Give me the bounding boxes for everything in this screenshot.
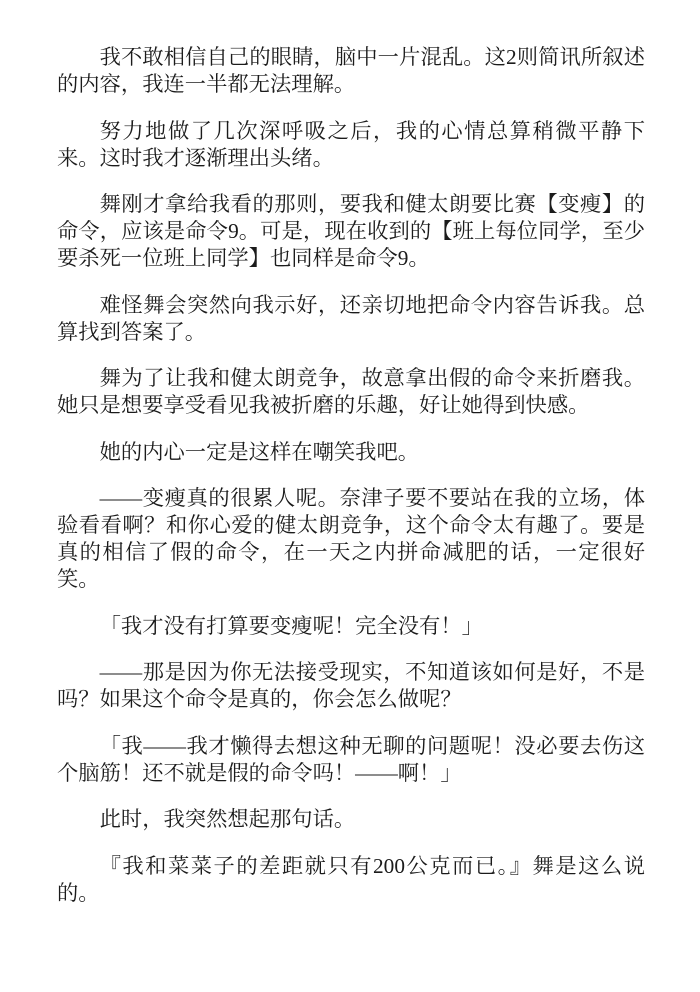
paragraph: 「我——我才懒得去想这种无聊的问题呢！没必要去伤这个脑筋！还不就是假的命令吗！—… bbox=[57, 733, 645, 787]
paragraph: 舞为了让我和健太朗竞争，故意拿出假的命令来折磨我。她只是想要享受看见我被折磨的乐… bbox=[57, 365, 645, 419]
document-page: 我不敢相信自己的眼睛，脑中一片混乱。这2则简讯所叙述的内容，我连一半都无法理解。… bbox=[0, 0, 700, 992]
paragraph: 此时，我突然想起那句话。 bbox=[57, 806, 645, 833]
paragraph: ——变瘦真的很累人呢。奈津子要不要站在我的立场，体验看看啊？和你心爱的健太朗竞争… bbox=[57, 485, 645, 593]
paragraph: ——那是因为你无法接受现实，不知道该如何是好，不是吗？如果这个命令是真的，你会怎… bbox=[57, 659, 645, 713]
paragraph: 她的内心一定是这样在嘲笑我吧。 bbox=[57, 439, 645, 466]
paragraph: 我不敢相信自己的眼睛，脑中一片混乱。这2则简讯所叙述的内容，我连一半都无法理解。 bbox=[57, 44, 645, 98]
paragraph: 「我才没有打算要变瘦呢！完全没有！」 bbox=[57, 613, 645, 640]
paragraph: 『我和菜菜子的差距就只有200公克而已。』舞是这么说的。 bbox=[57, 853, 645, 907]
paragraph: 努力地做了几次深呼吸之后，我的心情总算稍微平静下来。这时我才逐渐理出头绪。 bbox=[57, 118, 645, 172]
paragraph: 舞刚才拿给我看的那则，要我和健太朗要比赛【变瘦】的命令，应该是命令9。可是，现在… bbox=[57, 191, 645, 272]
paragraph: 难怪舞会突然向我示好，还亲切地把命令内容告诉我。总算找到答案了。 bbox=[57, 292, 645, 346]
